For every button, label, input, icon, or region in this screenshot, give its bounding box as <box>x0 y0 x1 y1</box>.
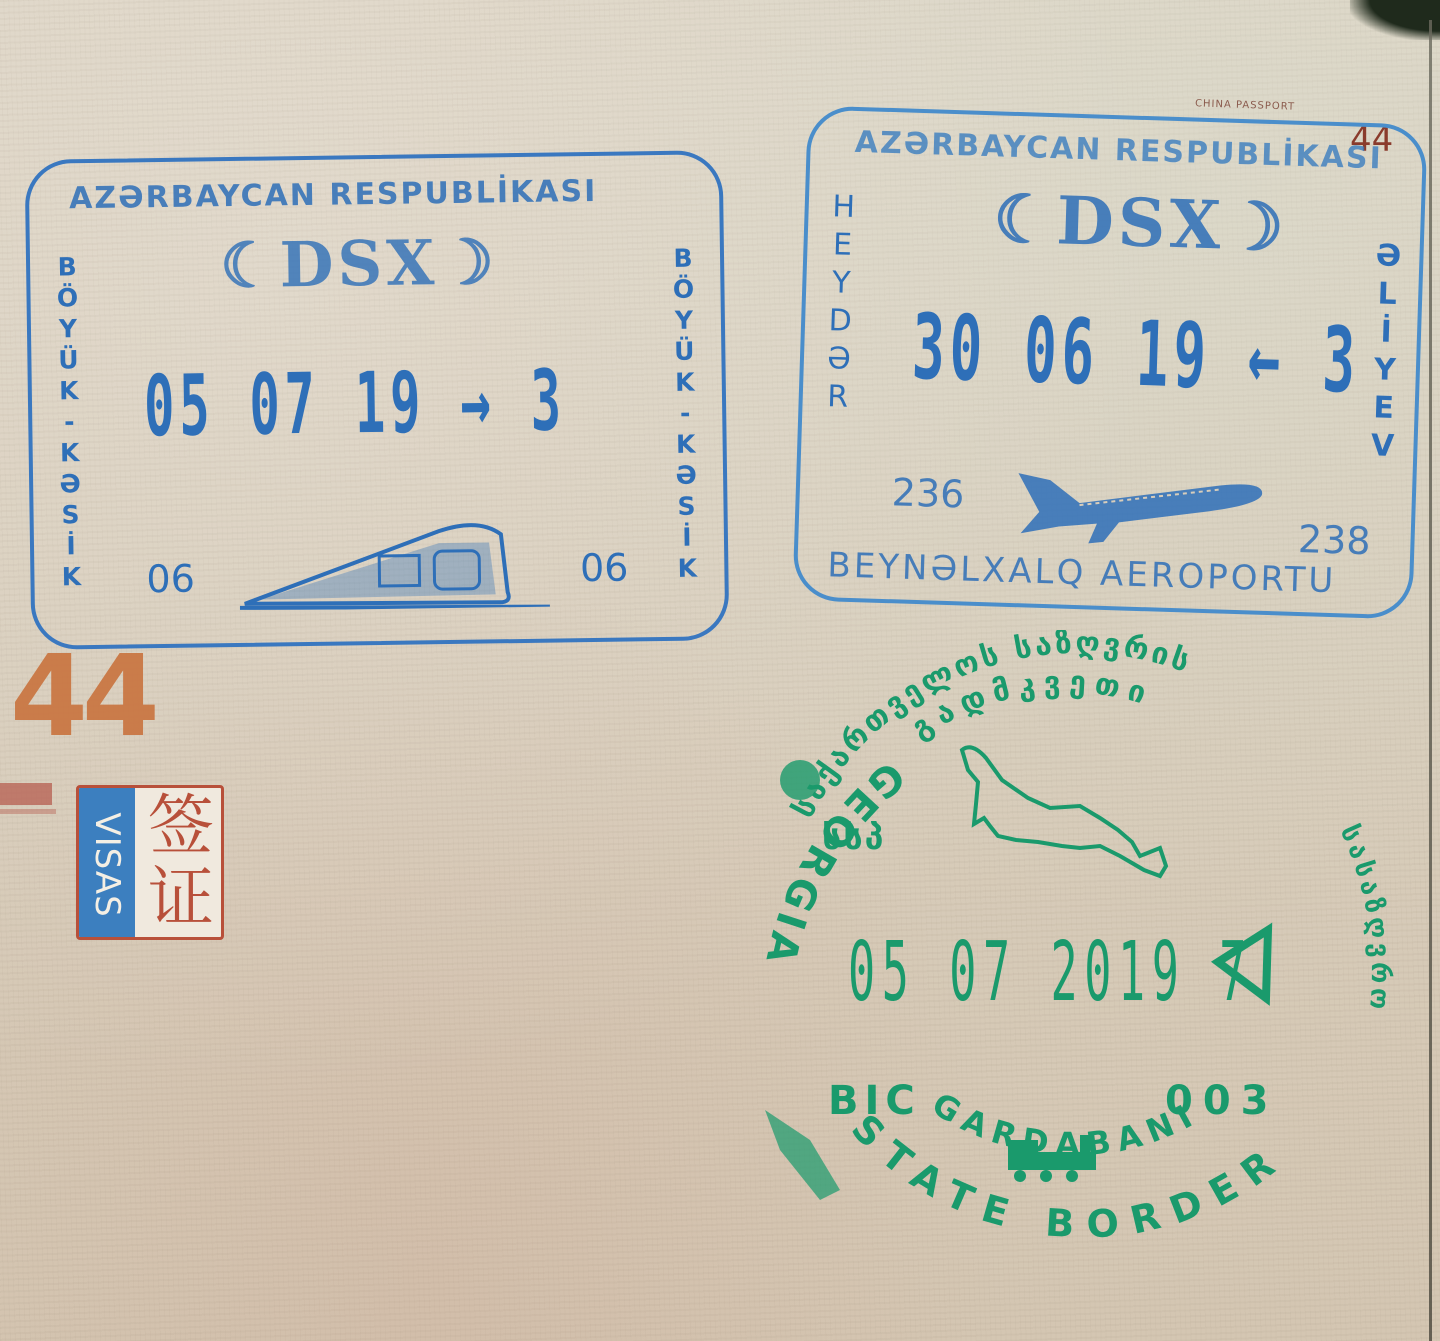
stamp-code-right: 238 <box>1297 517 1371 563</box>
arrow-left-icon: ← <box>1246 305 1287 411</box>
passport-page: CHINA PASSPORT 44 44 VISAS 签 证 AZƏRBAYCA… <box>0 0 1440 1341</box>
stamp-boyuk-kesik: AZƏRBAYCAN RESPUBLİKASI ☾DSX☽ B Ö Y Ü K … <box>25 150 730 650</box>
svg-text:სასაზღვრო: სასაზღვრო <box>1334 821 1395 1015</box>
visas-badge: VISAS 签 证 <box>76 785 224 940</box>
visas-label-en: VISAS <box>87 812 127 917</box>
stamp-side-right: Ə L İ Y E V <box>1365 237 1406 466</box>
stamp-date: 05 07 2019 7 <box>848 925 1253 1020</box>
airplane-icon <box>1008 461 1271 554</box>
georgian-short-label: სსპ <box>822 818 885 858</box>
coat-of-arms-icon <box>780 760 820 800</box>
stamp-side-left: H E Y D Ə R <box>820 188 861 417</box>
stamp-heydar-aliyev-airport: AZƏRBAYCAN RESPUBLİKASI ☾DSX☽ H E Y D Ə … <box>792 105 1427 619</box>
passport-header-label: CHINA PASSPORT <box>1195 98 1295 112</box>
georgia-map-icon <box>962 747 1166 876</box>
stamp-code-right: 003 <box>1165 1078 1279 1124</box>
arrow-right-icon: → <box>460 352 497 450</box>
crescent-icon: ☽ <box>1223 187 1289 267</box>
stamp-header: AZƏRBAYCAN RESPUBLİKASI <box>854 125 1383 177</box>
printed-red-bar <box>0 783 52 805</box>
stamp-side-left: B Ö Y Ü K - K Ə S İ K <box>52 251 87 592</box>
stamp-date: 05 07 19 → 3 <box>143 351 566 455</box>
crescent-icon: ☽ <box>438 225 499 299</box>
stamp-header: AZƏRBAYCAN RESPUBLİKASI <box>69 174 598 216</box>
printed-red-caption <box>0 809 56 814</box>
stamp-date: 30 06 19 ← 3 <box>911 295 1362 414</box>
page-number-large: 44 <box>10 632 154 762</box>
stamp-code-left: BIC <box>828 1078 921 1124</box>
stamp-code-right: 06 <box>580 546 629 591</box>
stamp-georgia-gardabani: საქართველოს საზღვრის გადმკვეთი GEORGIA S… <box>740 630 1420 1310</box>
crescent-icon: ☾ <box>220 228 281 302</box>
crescent-icon: ☾ <box>992 179 1058 259</box>
svg-text:GARDABANI: GARDABANI <box>926 1085 1206 1164</box>
arc-right-georgian: სასაზღვრო <box>1334 821 1395 1015</box>
dsx-logo: ☾DSX☽ <box>992 179 1289 266</box>
arc-bottom-place: GARDABANI <box>926 1085 1206 1164</box>
page-edge <box>1429 20 1432 1341</box>
stamp-code-left: 236 <box>891 470 965 516</box>
dsx-logo: ☾DSX☽ <box>220 225 499 302</box>
stamp-code-left: 06 <box>146 557 195 602</box>
train-icon <box>239 511 560 610</box>
stamp-side-right: B Ö Y Ü K - K Ə S İ K <box>668 243 703 584</box>
visas-label-zh: 签 证 <box>139 790 223 934</box>
background-corner <box>1350 0 1440 40</box>
